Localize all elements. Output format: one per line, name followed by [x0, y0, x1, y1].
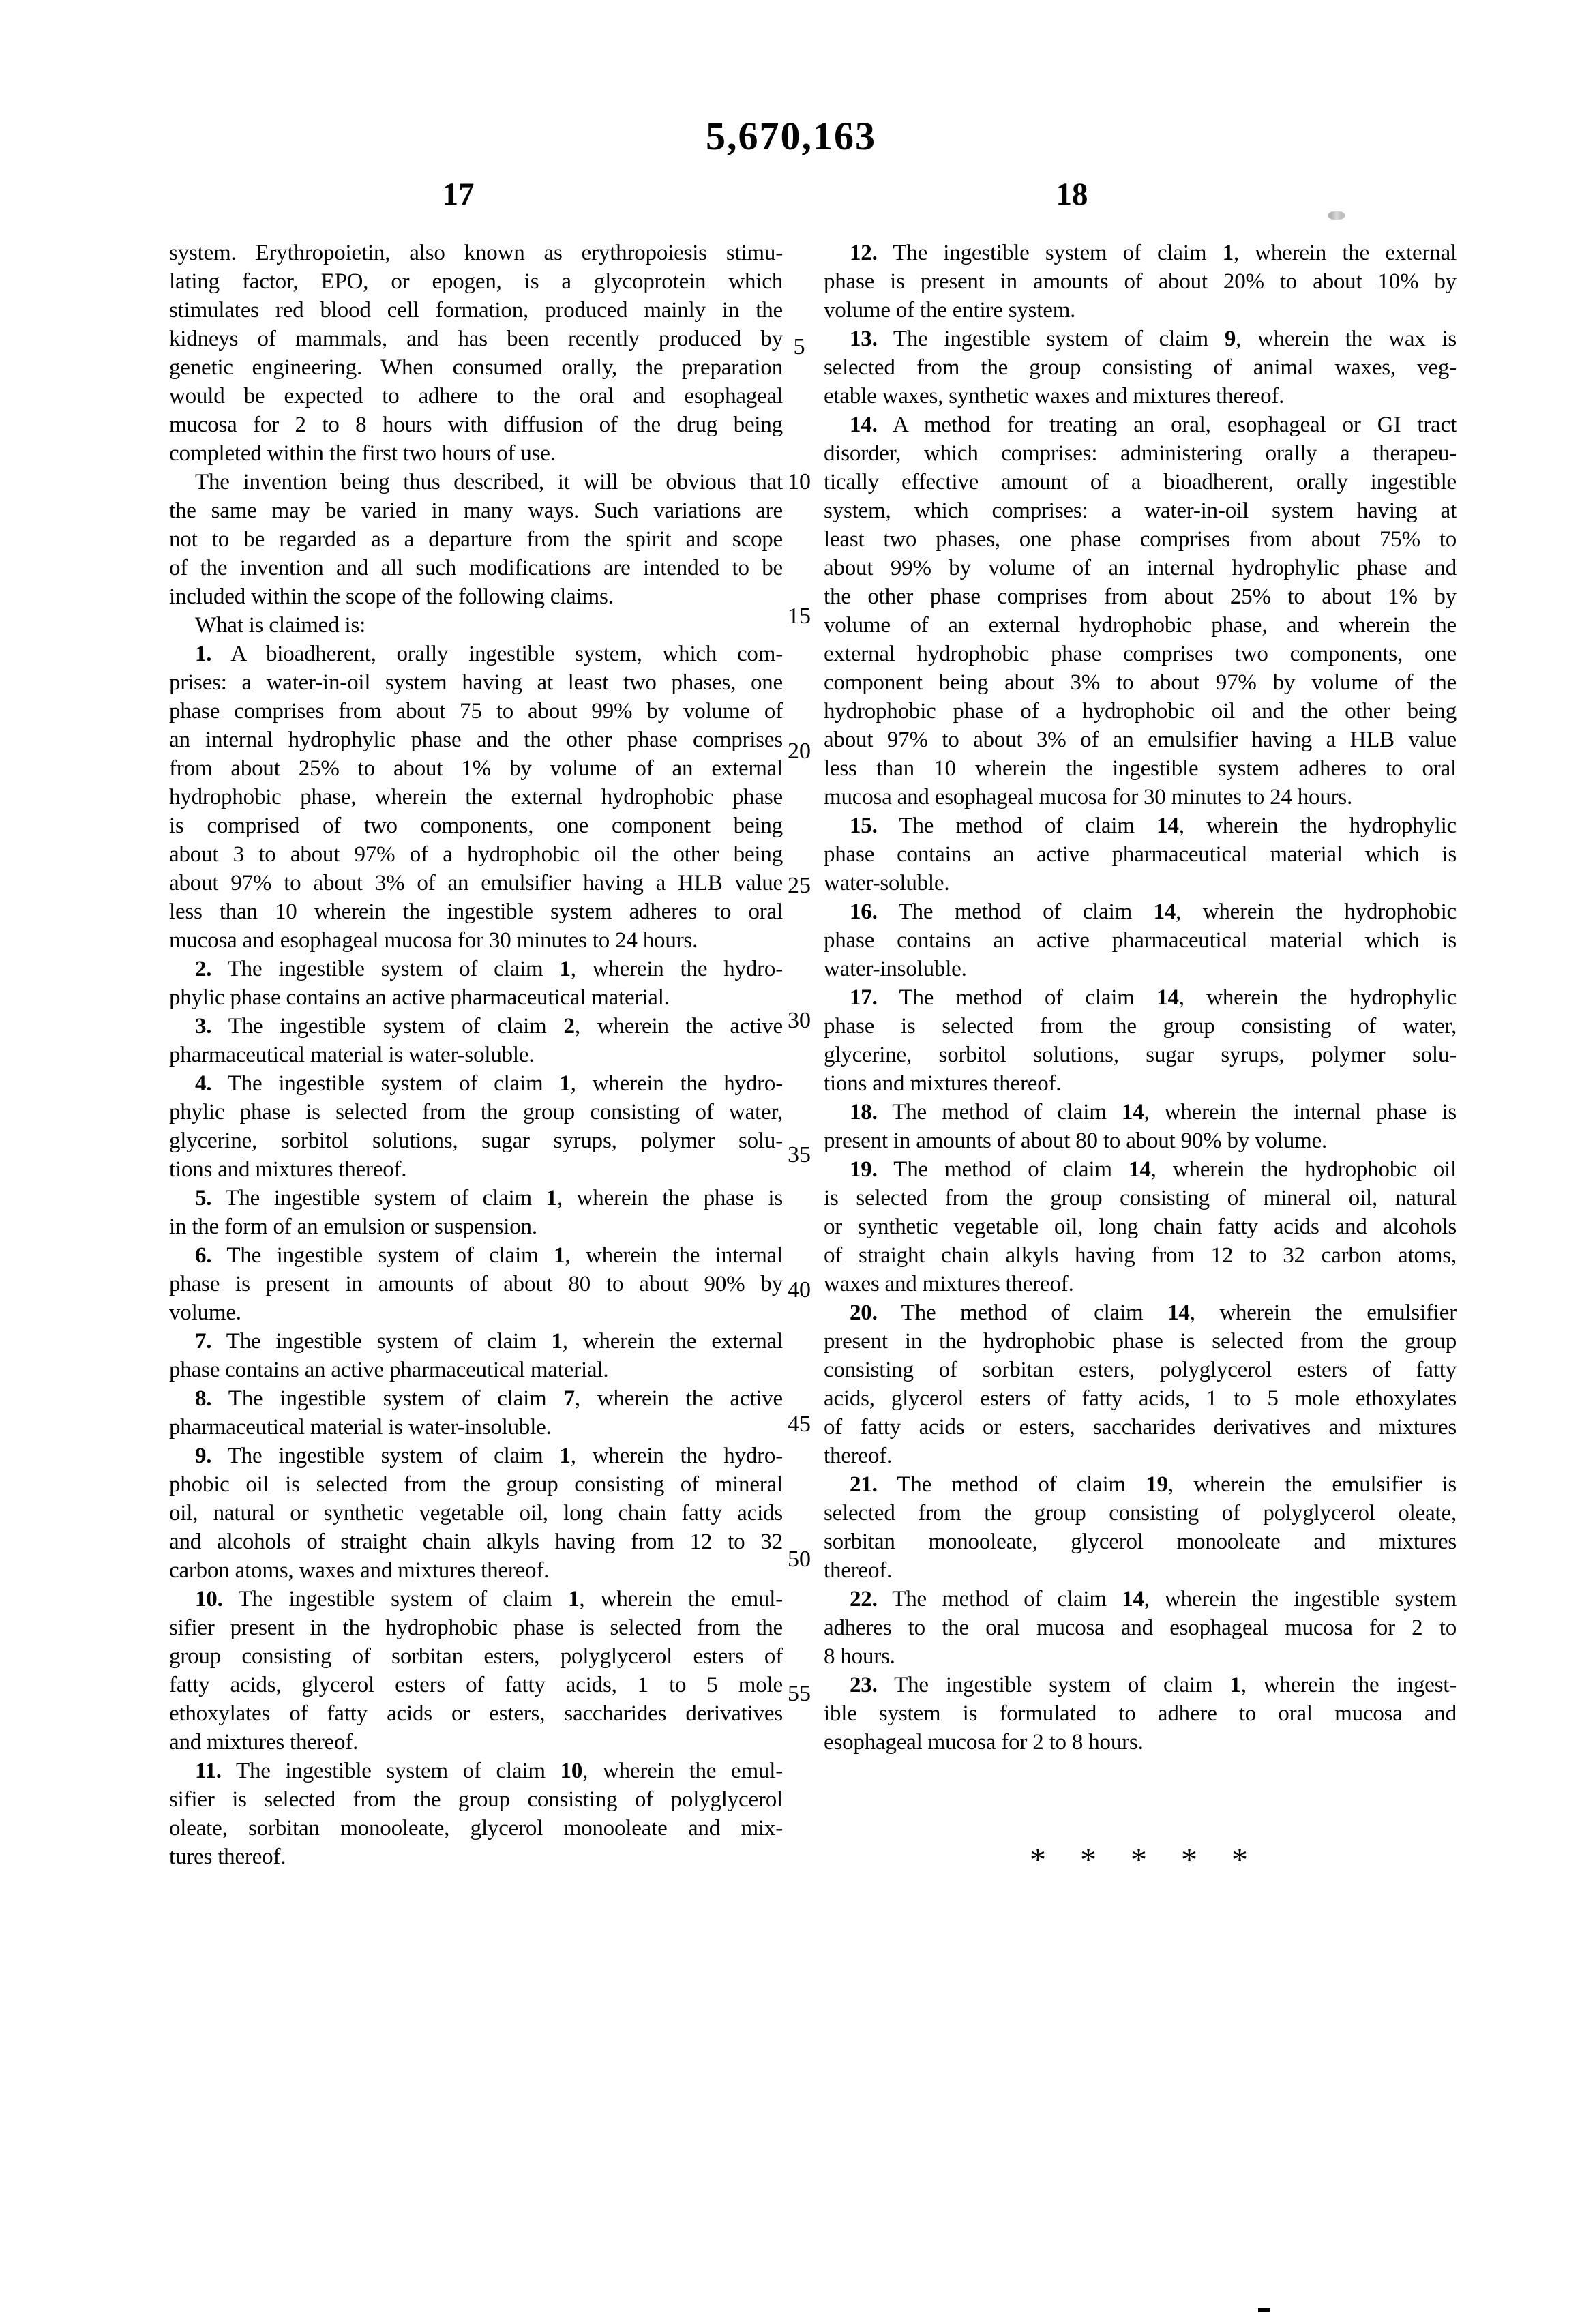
text-line: from about 25% to about 1% by volume of … [169, 754, 783, 783]
text-line: system, which comprises: a water-in-oil … [824, 496, 1457, 525]
paragraph: 4. The ingestible system of claim 1, whe… [169, 1069, 783, 1184]
text-line: consisting of sorbitan esters, polyglyce… [824, 1356, 1457, 1384]
paragraph: 3. The ingestible system of claim 2, whe… [169, 1012, 783, 1069]
text-line: mucosa and esophageal mucosa for 30 minu… [169, 926, 783, 955]
line-number: 40 [777, 1277, 821, 1303]
paragraph: The invention being thus described, it w… [169, 468, 783, 611]
paragraph: 1. A bioadherent, orally ingestible syst… [169, 640, 783, 955]
line-number: 25 [777, 873, 821, 899]
paragraph: 23. The ingestible system of claim 1, wh… [824, 1671, 1457, 1757]
paragraph: 14. A method for treating an oral, esoph… [824, 411, 1457, 811]
paragraph: What is claimed is: [169, 611, 783, 640]
scan-artifact-smudge [1328, 211, 1345, 220]
text-line: mucosa for 2 to 8 hours with diffusion o… [169, 411, 783, 439]
text-line: 20. The method of claim 14, wherein the … [824, 1298, 1457, 1327]
paragraph: system. Erythropoietin, also known as er… [169, 239, 783, 468]
text-line: sifier present in the hydrophobic phase … [169, 1613, 783, 1642]
text-line: 12. The ingestible system of claim 1, wh… [824, 239, 1457, 267]
paragraph: 15. The method of claim 14, wherein the … [824, 811, 1457, 897]
paragraph: 19. The method of claim 14, wherein the … [824, 1155, 1457, 1298]
text-line: and alcohols of straight chain alkyls ha… [169, 1528, 783, 1556]
text-line: of straight chain alkyls having from 12 … [824, 1241, 1457, 1270]
text-line: The invention being thus described, it w… [169, 468, 783, 496]
text-line: 23. The ingestible system of claim 1, wh… [824, 1671, 1457, 1699]
text-line: pharmaceutical material is water-soluble… [169, 1041, 783, 1069]
text-line: 11. The ingestible system of claim 10, w… [169, 1757, 783, 1785]
text-line: water-insoluble. [824, 955, 1457, 983]
line-number: 20 [777, 739, 821, 764]
text-line: etable waxes, synthetic waxes and mixtur… [824, 382, 1457, 411]
text-line: phylic phase contains an active pharmace… [169, 983, 783, 1012]
line-number: 35 [777, 1142, 821, 1168]
patent-number: 5,670,163 [0, 113, 1582, 159]
text-line: 19. The method of claim 14, wherein the … [824, 1155, 1457, 1184]
line-number: 50 [777, 1547, 821, 1573]
text-line: 8 hours. [824, 1642, 1457, 1671]
text-line: 18. The method of claim 14, wherein the … [824, 1098, 1457, 1127]
text-line: phase contains an active pharmaceutical … [169, 1356, 783, 1384]
paragraph: 13. The ingestible system of claim 9, wh… [824, 325, 1457, 411]
line-number: 15 [777, 604, 821, 629]
text-line: 6. The ingestible system of claim 1, whe… [169, 1241, 783, 1270]
text-line: 5. The ingestible system of claim 1, whe… [169, 1184, 783, 1212]
text-line: system. Erythropoietin, also known as er… [169, 239, 783, 267]
text-line: 13. The ingestible system of claim 9, wh… [824, 325, 1457, 353]
text-line: about 99% by volume of an internal hydro… [824, 554, 1457, 582]
text-line: What is claimed is: [169, 611, 783, 640]
line-number: 55 [777, 1681, 821, 1707]
text-line: fatty acids, glycerol esters of fatty ac… [169, 1671, 783, 1699]
text-line: glycerine, sorbitol solutions, sugar syr… [824, 1041, 1457, 1069]
paragraph: 6. The ingestible system of claim 1, whe… [169, 1241, 783, 1327]
text-line: disorder, which comprises: administering… [824, 439, 1457, 468]
text-line: hydrophobic phase of a hydrophobic oil a… [824, 697, 1457, 726]
text-line: hydrophobic phase, wherein the external … [169, 783, 783, 811]
paragraph: 9. The ingestible system of claim 1, whe… [169, 1442, 783, 1585]
text-line: 3. The ingestible system of claim 2, whe… [169, 1012, 783, 1041]
text-line: stimulates red blood cell formation, pro… [169, 296, 783, 325]
text-line: about 97% to about 3% of an emulsifier h… [169, 869, 783, 897]
line-number: 5 [777, 334, 821, 360]
text-line: in the form of an emulsion or suspension… [169, 1212, 783, 1241]
text-line: included within the scope of the followi… [169, 582, 783, 611]
text-line: phase is selected from the group consist… [824, 1012, 1457, 1041]
text-line: would be expected to adhere to the oral … [169, 382, 783, 411]
text-line: 1. A bioadherent, orally ingestible syst… [169, 640, 783, 668]
text-line: oleate, sorbitan monooleate, glycerol mo… [169, 1814, 783, 1843]
right-column: 12. The ingestible system of claim 1, wh… [824, 239, 1457, 1757]
text-line: ible system is formulated to adhere to o… [824, 1699, 1457, 1728]
text-line: adheres to the oral mucosa and esophagea… [824, 1613, 1457, 1642]
paragraph: 11. The ingestible system of claim 10, w… [169, 1757, 783, 1871]
text-line: less than 10 wherein the ingestible syst… [169, 897, 783, 926]
scan-artifact-dash [1258, 2308, 1270, 2312]
paragraph: 17. The method of claim 14, wherein the … [824, 983, 1457, 1098]
text-line: 14. A method for treating an oral, esoph… [824, 411, 1457, 439]
text-line: the other phase comprises from about 25%… [824, 582, 1457, 611]
text-line: 8. The ingestible system of claim 7, whe… [169, 1384, 783, 1413]
text-line: is selected from the group consisting of… [824, 1184, 1457, 1212]
paragraph: 8. The ingestible system of claim 7, whe… [169, 1384, 783, 1442]
text-line: 22. The method of claim 14, wherein the … [824, 1585, 1457, 1613]
text-line: 16. The method of claim 14, wherein the … [824, 897, 1457, 926]
line-number: 45 [777, 1412, 821, 1437]
text-line: lating factor, EPO, or epogen, is a glyc… [169, 267, 783, 296]
patent-page: 5,670,163 17 18 510152025303540455055 sy… [0, 0, 1582, 2324]
text-line: acids, glycerol esters of fatty acids, 1… [824, 1384, 1457, 1413]
text-line: component being about 3% to about 97% by… [824, 668, 1457, 697]
text-line: kidneys of mammals, and has been recentl… [169, 325, 783, 353]
text-line: phylic phase is selected from the group … [169, 1098, 783, 1127]
text-line: group consisting of sorbitan esters, pol… [169, 1642, 783, 1671]
text-line: the same may be varied in many ways. Suc… [169, 496, 783, 525]
line-number: 10 [777, 469, 821, 495]
text-line: or synthetic vegetable oil, long chain f… [824, 1212, 1457, 1241]
text-line: tures thereof. [169, 1843, 783, 1871]
text-line: present in the hydrophobic phase is sele… [824, 1327, 1457, 1356]
text-line: 2. The ingestible system of claim 1, whe… [169, 955, 783, 983]
text-line: volume of the entire system. [824, 296, 1457, 325]
paragraph: 5. The ingestible system of claim 1, whe… [169, 1184, 783, 1241]
line-number: 30 [777, 1008, 821, 1034]
text-line: of the invention and all such modificati… [169, 554, 783, 582]
paragraph: 10. The ingestible system of claim 1, wh… [169, 1585, 783, 1757]
text-line: pharmaceutical material is water-insolub… [169, 1413, 783, 1442]
text-line: water-soluble. [824, 869, 1457, 897]
paragraph: 18. The method of claim 14, wherein the … [824, 1098, 1457, 1155]
text-line: tions and mixtures thereof. [169, 1155, 783, 1184]
text-line: glycerine, sorbitol solutions, sugar syr… [169, 1127, 783, 1155]
text-line: not to be regarded as a departure from t… [169, 525, 783, 554]
text-line: carbon atoms, waxes and mixtures thereof… [169, 1556, 783, 1585]
text-line: waxes and mixtures thereof. [824, 1270, 1457, 1298]
left-column: system. Erythropoietin, also known as er… [169, 239, 783, 1871]
text-line: genetic engineering. When consumed orall… [169, 353, 783, 382]
text-line: phase contains an active pharmaceutical … [824, 926, 1457, 955]
text-line: esophageal mucosa for 2 to 8 hours. [824, 1728, 1457, 1757]
text-line: oil, natural or synthetic vegetable oil,… [169, 1499, 783, 1528]
text-line: 7. The ingestible system of claim 1, whe… [169, 1327, 783, 1356]
text-line: phase contains an active pharmaceutical … [824, 840, 1457, 869]
text-line: about 97% to about 3% of an emulsifier h… [824, 726, 1457, 754]
text-line: of fatty acids or esters, saccharides de… [824, 1413, 1457, 1442]
text-line: selected from the group consisting of po… [824, 1499, 1457, 1528]
paragraph: 12. The ingestible system of claim 1, wh… [824, 239, 1457, 325]
column-number-right: 18 [1004, 176, 1140, 213]
text-line: tions and mixtures thereof. [824, 1069, 1457, 1098]
text-line: prises: a water-in-oil system having at … [169, 668, 783, 697]
text-line: 15. The method of claim 14, wherein the … [824, 811, 1457, 840]
text-line: selected from the group consisting of an… [824, 353, 1457, 382]
text-line: about 3 to about 97% of a hydrophobic oi… [169, 840, 783, 869]
text-line: volume. [169, 1298, 783, 1327]
paragraph: 7. The ingestible system of claim 1, whe… [169, 1327, 783, 1384]
text-line: mucosa and esophageal mucosa for 30 minu… [824, 783, 1457, 811]
text-line: thereof. [824, 1556, 1457, 1585]
text-line: present in amounts of about 80 to about … [824, 1127, 1457, 1155]
paragraph: 2. The ingestible system of claim 1, whe… [169, 955, 783, 1012]
text-line: phase is present in amounts of about 20%… [824, 267, 1457, 296]
text-line: an internal hydrophylic phase and the ot… [169, 726, 783, 754]
text-line: external hydrophobic phase comprises two… [824, 640, 1457, 668]
text-line: 17. The method of claim 14, wherein the … [824, 983, 1457, 1012]
text-line: volume of an external hydrophobic phase,… [824, 611, 1457, 640]
text-line: 4. The ingestible system of claim 1, whe… [169, 1069, 783, 1098]
text-line: completed within the first two hours of … [169, 439, 783, 468]
text-line: least two phases, one phase comprises fr… [824, 525, 1457, 554]
text-line: less than 10 wherein the ingestible syst… [824, 754, 1457, 783]
text-line: and mixtures thereof. [169, 1728, 783, 1757]
text-line: sifier is selected from the group consis… [169, 1785, 783, 1814]
text-line: ethoxylates of fatty acids or esters, sa… [169, 1699, 783, 1728]
end-of-claims-asterisks: * * * * * [996, 1841, 1282, 1879]
paragraph: 22. The method of claim 14, wherein the … [824, 1585, 1457, 1671]
paragraph: 21. The method of claim 19, wherein the … [824, 1470, 1457, 1585]
text-line: is comprised of two components, one comp… [169, 811, 783, 840]
text-line: phase is present in amounts of about 80 … [169, 1270, 783, 1298]
text-line: 9. The ingestible system of claim 1, whe… [169, 1442, 783, 1470]
paragraph: 20. The method of claim 14, wherein the … [824, 1298, 1457, 1470]
text-line: phobic oil is selected from the group co… [169, 1470, 783, 1499]
text-line: phase comprises from about 75 to about 9… [169, 697, 783, 726]
text-line: tically effective amount of a bioadheren… [824, 468, 1457, 496]
text-line: thereof. [824, 1442, 1457, 1470]
text-line: 21. The method of claim 19, wherein the … [824, 1470, 1457, 1499]
text-line: sorbitan monooleate, glycerol monooleate… [824, 1528, 1457, 1556]
column-number-left: 17 [390, 176, 526, 213]
paragraph: 16. The method of claim 14, wherein the … [824, 897, 1457, 983]
text-line: 10. The ingestible system of claim 1, wh… [169, 1585, 783, 1613]
